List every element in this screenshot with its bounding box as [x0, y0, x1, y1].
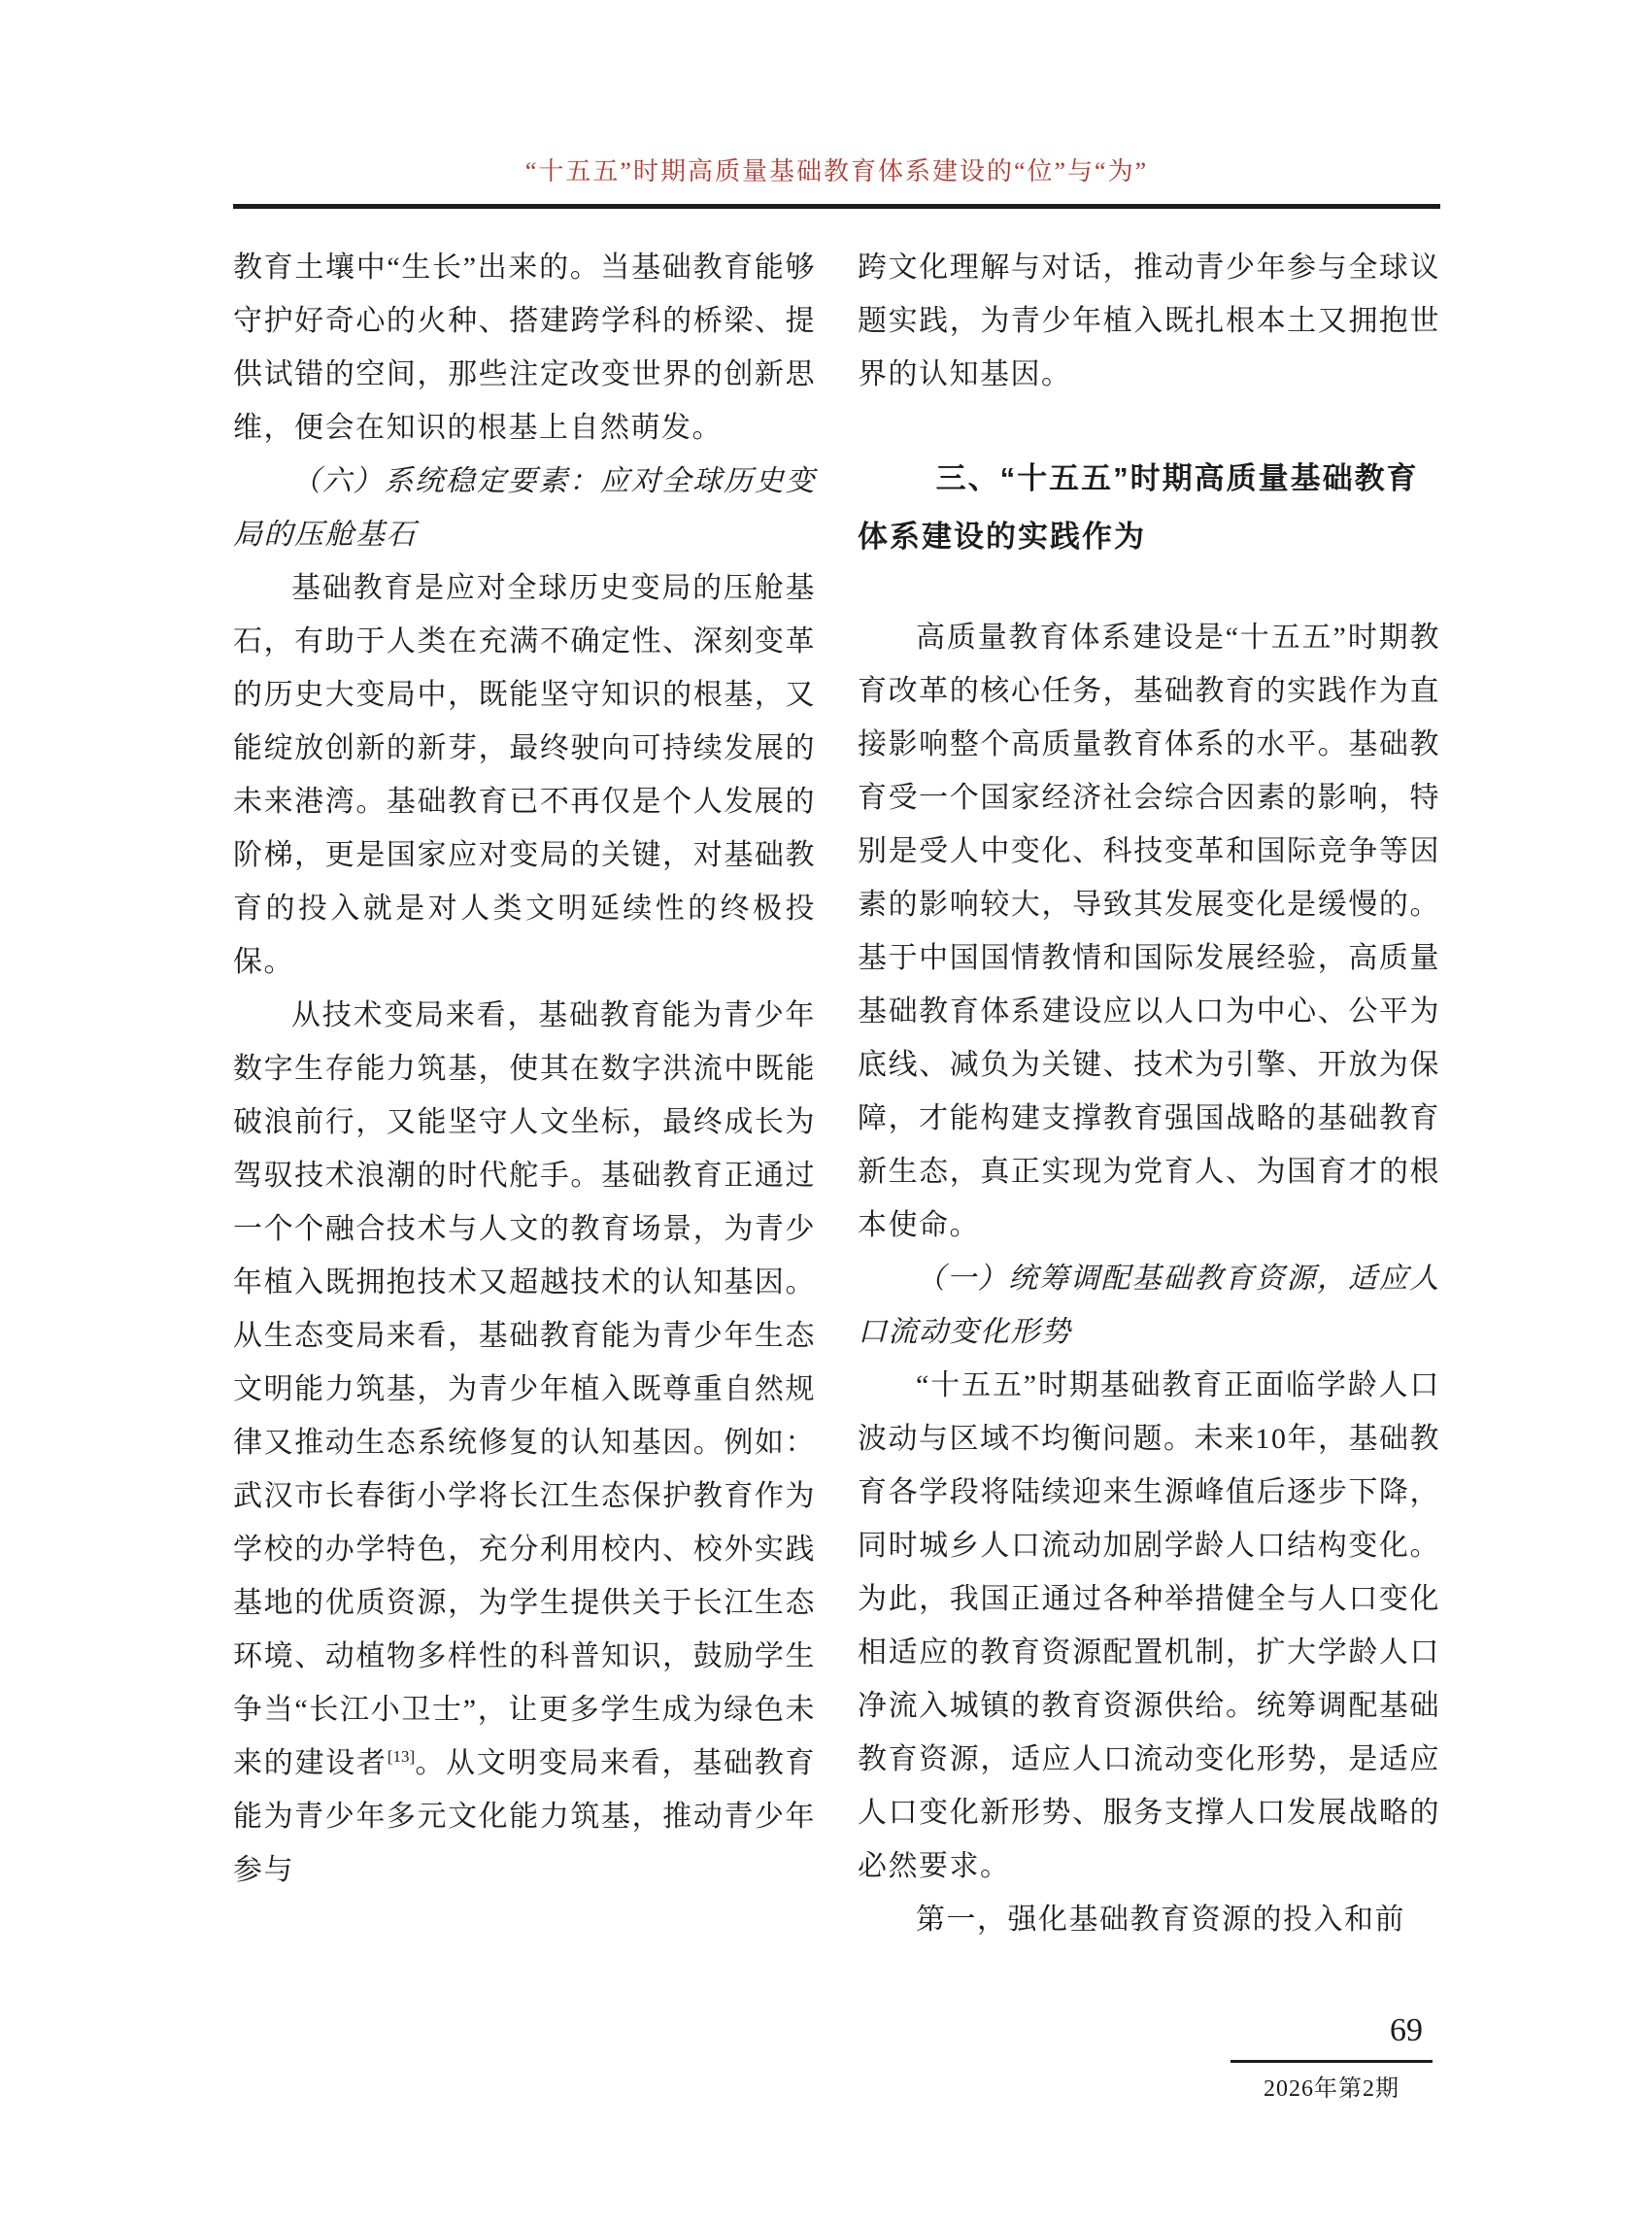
paragraph-ballast: 基础教育是应对全球历史变局的压舱基石，有助于人类在充满不确定性、深刻变革的历史大…	[233, 561, 816, 989]
paragraph-text: 从技术变局来看，基础教育能为青少年数字生存能力筑基，使其在数字洪流中既能破浪前行…	[233, 999, 816, 1779]
journal-page: “十五五”时期高质量基础教育体系建设的“位”与“为” 教育土壤中“生长”出来的。…	[0, 0, 1652, 2226]
paragraph-first-point: 第一，强化基础教育资源的投入和前	[858, 1893, 1440, 1946]
left-column: 教育土壤中“生长”出来的。当基础教育能够守护好奇心的火种、搭建跨学科的桥梁、提供…	[233, 241, 816, 1897]
paragraph-continued: 跨文化理解与对话，推动青少年参与全球议题实践，为青少年植入既扎根本土又拥抱世界的…	[858, 241, 1440, 401]
paragraph-continued: 教育土壤中“生长”出来的。当基础教育能够守护好奇心的火种、搭建跨学科的桥梁、提供…	[233, 241, 816, 455]
section-heading-three: 三、“十五五”时期高质量基础教育体系建设的实践作为	[858, 450, 1440, 566]
journal-issue-label: 2026年第2期	[1231, 2069, 1433, 2103]
footer-rule	[1231, 2060, 1433, 2063]
paragraph-population: “十五五”时期基础教育正面临学龄人口波动与区域不均衡问题。未来10年，基础教育各…	[858, 1359, 1440, 1893]
paragraph-tech-change: 从技术变局来看，基础教育能为青少年数字生存能力筑基，使其在数字洪流中既能破浪前行…	[233, 989, 816, 1897]
paragraph-quality-system: 高质量教育体系建设是“十五五”时期教育改革的核心任务，基础教育的实践作为直接影响…	[858, 611, 1440, 1252]
footnote-ref-13: [13]	[388, 1747, 415, 1766]
subsection-heading-one: （一）统筹调配基础教育资源，适应人口流动变化形势	[858, 1252, 1440, 1359]
right-column: 跨文化理解与对话，推动青少年参与全球议题实践，为青少年植入既扎根本土又拥抱世界的…	[858, 241, 1440, 1946]
page-number: 69	[1231, 2012, 1423, 2049]
subsection-heading-six: （六）系统稳定要素：应对全球历史变局的压舱基石	[233, 455, 816, 561]
header-rule	[233, 204, 1440, 209]
running-head-title: “十五五”时期高质量基础教育体系建设的“位”与“为”	[233, 152, 1440, 187]
